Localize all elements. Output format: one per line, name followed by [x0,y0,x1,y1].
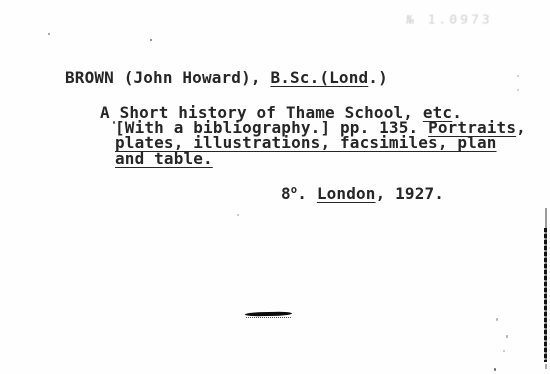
ink-dash-fringe [246,317,291,318]
paper-speck [506,335,508,338]
paper-speck [517,89,519,91]
paper-speck [113,121,115,124]
paper-speck [496,318,498,321]
paper-speck [150,39,152,41]
ink-dash-mark [245,311,292,316]
paper-speck [48,33,50,35]
faint-accession-stamp: № 1.0973 [406,14,493,28]
title-line-3: plates, illustrations, facsimiles, plan [115,135,497,150]
paper-speck [494,368,496,371]
title-line-4: and table. [115,151,213,166]
paper-speck [503,350,505,352]
paper-speck [237,214,239,216]
catalogue-card: № 1.0973 BROWN (John Howard), B.Sc.(Lond… [0,0,550,374]
imprint-line: 8o. London, 1927. [281,186,444,204]
scan-edge-dark-strip [544,228,547,362]
paper-speck [517,75,519,77]
author-heading: BROWN (John Howard), B.Sc.(Lond.) [65,70,388,85]
scan-edge-tail [545,364,547,369]
